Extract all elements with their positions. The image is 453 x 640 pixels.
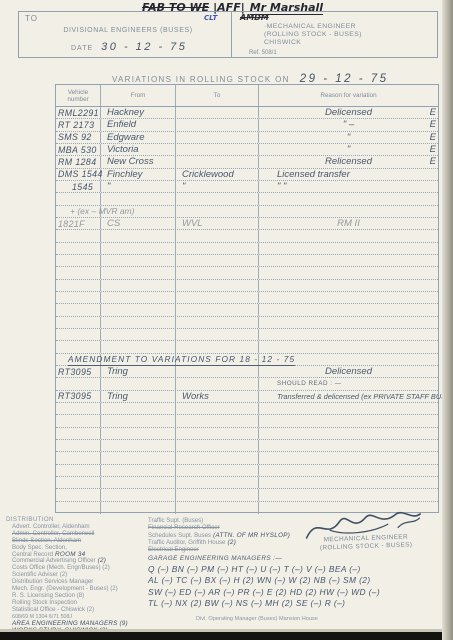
- table-row: 1821FCSWVLRM II: [56, 218, 438, 230]
- cell-vehicle: [56, 378, 101, 389]
- cell-reason: [259, 292, 438, 303]
- handwritten-note: (2): [225, 539, 236, 546]
- cell-vehicle: [56, 477, 101, 488]
- reason-text: ": [347, 132, 350, 143]
- header-box: TO DIVISIONAL ENGINEERS (BUSES) DATE30 -…: [18, 11, 438, 58]
- cell-reason: " ": [259, 181, 438, 192]
- sender-line-2: (ROLLING STOCK - BUSES): [264, 31, 362, 39]
- cell-to: [176, 243, 259, 254]
- handwritten-note: (ATTN. OF MR HYSLOP): [211, 532, 290, 539]
- variations-table: Vehicle number From To Reason for variat…: [55, 84, 439, 513]
- cell-from: [101, 477, 176, 488]
- column-header-vehicle: Vehicle number: [56, 85, 101, 106]
- table-row: SMS 92Edgware"E: [56, 132, 438, 144]
- cell-from: [101, 255, 176, 266]
- table-row: RML2291HackneyDelicensedE: [56, 107, 438, 119]
- cell-to: [176, 144, 259, 155]
- table-row: [56, 440, 438, 452]
- cell-reason: SHOULD READ : —: [259, 378, 438, 389]
- cell-to: [176, 156, 259, 167]
- table-body: RML2291HackneyDelicensedERT 2173Enfield"…: [56, 107, 438, 514]
- cell-to: [176, 341, 259, 352]
- table-row: RT 2173Enfield" –E: [56, 119, 438, 131]
- cell-reason: [259, 452, 438, 463]
- reason-flag: E: [430, 144, 436, 155]
- cell-to: [176, 477, 259, 488]
- table-row: SHOULD READ : —: [56, 378, 438, 390]
- cell-reason: [259, 428, 438, 439]
- table-row: [56, 292, 438, 304]
- list-item-text: Schedules Supt. Buses: [148, 532, 211, 539]
- scan-right-edge: [442, 0, 453, 640]
- table-row: [56, 329, 438, 341]
- cell-to: [176, 317, 259, 328]
- reason-text: RM II: [337, 218, 360, 229]
- amendment-heading: AMENDMENT TO VARIATIONS FOR 18 - 12 - 75: [68, 354, 295, 366]
- sender-line-3: CHISWICK: [264, 39, 362, 47]
- cell-from: [101, 304, 176, 315]
- cell-vehicle: RT3095: [56, 366, 101, 377]
- cell-to: [176, 366, 259, 377]
- distribution-list: DISTRIBUTION Advert. Controller, Aldenha…: [6, 517, 148, 634]
- date-label: DATE: [71, 45, 93, 52]
- cell-vehicle: [56, 415, 101, 426]
- table-row: [56, 477, 438, 489]
- cell-to: [176, 119, 259, 130]
- reason-text: Transferred & delicensed (ex PRIVATE STA…: [277, 392, 453, 401]
- cell-from: [101, 452, 176, 463]
- cell-vehicle: [56, 452, 101, 463]
- cell-vehicle: 1545: [56, 181, 101, 192]
- table-row: 1545""" ": [56, 181, 438, 193]
- table-row: [56, 452, 438, 464]
- cell-to: [176, 489, 259, 500]
- table-row: [56, 243, 438, 255]
- table-row: [56, 489, 438, 501]
- sender-block: ·MECHANICAL ENGINEER (ROLLING STOCK - BU…: [264, 23, 362, 48]
- cell-vehicle: [56, 243, 101, 254]
- date-value-handwritten: 30 - 12 - 75: [101, 41, 187, 53]
- reason-text: Relicensed: [325, 156, 372, 167]
- cell-reason: [259, 267, 438, 278]
- table-row: RM 1284New CrossRelicensedE: [56, 156, 438, 168]
- table-row: RT3095TringWorksTransferred & delicensed…: [56, 391, 438, 403]
- cell-vehicle: [56, 292, 101, 303]
- cell-reason: " –E: [259, 119, 438, 130]
- table-row: MBA 530Victoria"E: [56, 144, 438, 156]
- reason-text: Delicensed: [325, 366, 372, 377]
- table-row: [56, 230, 438, 242]
- table-row: [56, 280, 438, 292]
- cell-vehicle: [56, 341, 101, 352]
- reason-flag: E: [430, 119, 436, 130]
- cell-to: [176, 280, 259, 291]
- header-divider: [231, 12, 232, 57]
- list-item-text: Traffic Supt. (Buses): [148, 517, 203, 524]
- cell-to: [176, 329, 259, 340]
- cell-reason: Delicensed: [259, 366, 438, 377]
- garage-managers-heading: GARAGE ENGINEERING MANAGERS :—: [148, 555, 282, 562]
- cell-to: [176, 304, 259, 315]
- list-item-text: Electrical Engineer: [148, 546, 199, 553]
- cell-reason: RM II: [259, 218, 438, 229]
- cell-from: [101, 440, 176, 451]
- cell-to: [176, 403, 259, 414]
- form-title-printed: VARIATIONS IN ROLLING STOCK ON: [112, 75, 290, 84]
- table-row: [56, 304, 438, 316]
- cell-from: Finchley: [101, 169, 176, 180]
- cell-to: [176, 440, 259, 451]
- cell-reason: Licensed transfer: [259, 169, 438, 180]
- cell-reason: [259, 206, 438, 217]
- cell-vehicle: [56, 403, 101, 414]
- cell-from: Enfield: [101, 119, 176, 130]
- cell-to: [176, 267, 259, 278]
- cell-vehicle: [56, 304, 101, 315]
- cell-from: Tring: [101, 391, 176, 402]
- cell-from: ": [101, 181, 176, 192]
- cell-reason: [259, 304, 438, 315]
- table-row: [56, 428, 438, 440]
- table-row: [56, 415, 438, 427]
- cell-reason: DelicensedE: [259, 107, 438, 118]
- cell-vehicle: [56, 502, 101, 514]
- cell-to: [176, 452, 259, 463]
- cell-to: Works: [176, 391, 259, 402]
- cell-to: [176, 502, 259, 514]
- cell-reason: "E: [259, 144, 438, 155]
- cell-vehicle: RML2291: [56, 107, 101, 118]
- cell-reason: [259, 243, 438, 254]
- distribution-items: Advert. Controller, AldenhamAdmin. Contr…: [6, 524, 148, 635]
- cell-reason: [259, 329, 438, 340]
- cell-vehicle: [56, 280, 101, 291]
- garage-code-lines: Q (–) BN (–) PM (–) HT (–) U (–) T (–) V…: [148, 564, 450, 609]
- cell-to: [176, 465, 259, 476]
- reason-text: " ": [277, 181, 286, 192]
- reason-text: Delicensed: [325, 107, 372, 118]
- cell-reason: [259, 415, 438, 426]
- cell-to: ": [176, 181, 259, 192]
- cell-vehicle: [56, 267, 101, 278]
- cell-to: [176, 255, 259, 266]
- cell-from: [101, 280, 176, 291]
- cell-vehicle: SMS 92: [56, 132, 101, 143]
- cell-to: [176, 428, 259, 439]
- cell-reason: [259, 489, 438, 500]
- reason-text: SHOULD READ : —: [277, 380, 342, 387]
- garage-code-line: AL (–) TC (–) BX (–) H (2) WN (–) W (2) …: [148, 575, 450, 586]
- cell-to: WVL: [176, 218, 259, 229]
- cell-to: [176, 206, 259, 217]
- cell-from: [101, 329, 176, 340]
- cell-to: [176, 193, 259, 204]
- column-header-reason: Reason for variation: [259, 85, 438, 106]
- cell-vehicle: [56, 255, 101, 266]
- cell-reason: [259, 403, 438, 414]
- reason-text: Licensed transfer: [277, 169, 350, 180]
- footer-note: Divl. Operating Manager (Buses) Mansion …: [196, 616, 318, 622]
- cell-from: [101, 428, 176, 439]
- cell-from: [101, 465, 176, 476]
- list-item-text: Traffic Auditor, Griffith House: [148, 539, 225, 546]
- table-row: RT3095TringDelicensed: [56, 366, 438, 378]
- table-row: + (ex – MVR am): [56, 206, 438, 218]
- cell-from: [101, 341, 176, 352]
- cell-to: [176, 132, 259, 143]
- cell-from: [101, 502, 176, 514]
- traffic-item: Financial Research Officer: [148, 524, 323, 531]
- scanned-page: FAB TO WE|AFF|Mr Marshall CLT AMDM TO DI…: [0, 0, 453, 640]
- cell-vehicle: RT3095: [56, 391, 101, 402]
- pencil-note: + (ex – MVR am): [70, 206, 134, 216]
- cell-from: [101, 243, 176, 254]
- cell-vehicle: [56, 317, 101, 328]
- cell-reason: [259, 317, 438, 328]
- cell-vehicle: [56, 329, 101, 340]
- cell-from: Victoria: [101, 144, 176, 155]
- cell-reason: [259, 255, 438, 266]
- cell-vehicle: [56, 230, 101, 241]
- cell-vehicle: 1821F: [56, 218, 101, 229]
- cell-from: Edgware: [101, 132, 176, 143]
- cell-to: [176, 230, 259, 241]
- reason-text: ": [347, 144, 350, 155]
- cell-from: New Cross: [101, 156, 176, 167]
- cell-vehicle: [56, 440, 101, 451]
- cell-to: [176, 378, 259, 389]
- cell-from: [101, 267, 176, 278]
- traffic-item: Traffic Supt. (Buses): [148, 517, 323, 524]
- reason-flag: E: [430, 132, 436, 143]
- table-row: [56, 341, 438, 353]
- cell-reason: [259, 477, 438, 488]
- table-row: AMENDMENT TO VARIATIONS FOR 18 - 12 - 75: [56, 354, 438, 366]
- cell-to: [176, 415, 259, 426]
- table-row: [56, 193, 438, 205]
- table-row: [56, 317, 438, 329]
- cell-from: CS: [101, 218, 176, 229]
- cell-reason: RelicensedE: [259, 156, 438, 167]
- distribution-item: Statistical Office - Chiswick (2): [12, 607, 148, 614]
- cell-from: [101, 317, 176, 328]
- cell-vehicle: [56, 465, 101, 476]
- cell-from: [101, 403, 176, 414]
- column-header-to: To: [176, 85, 259, 106]
- cell-vehicle: [56, 193, 101, 204]
- cell-reason: [259, 465, 438, 476]
- cell-to: [176, 292, 259, 303]
- cell-reason: [259, 280, 438, 291]
- reason-text: " –: [343, 119, 354, 130]
- column-header-from: From: [101, 85, 176, 106]
- reason-flag: E: [430, 107, 436, 118]
- list-item-text: Financial Research Officer: [148, 524, 220, 531]
- table-row: [56, 255, 438, 267]
- to-label: TO: [25, 14, 38, 23]
- list-item-text: Statistical Office - Chiswick (2): [12, 606, 94, 613]
- cell-from: [101, 415, 176, 426]
- table-row: DMS 1544FinchleyCricklewoodLicensed tran…: [56, 169, 438, 181]
- cell-reason: [259, 440, 438, 451]
- cell-reason: [259, 341, 438, 352]
- cell-vehicle: RT 2173: [56, 119, 101, 130]
- table-row: [56, 267, 438, 279]
- cell-from: [101, 489, 176, 500]
- cell-vehicle: MBA 530: [56, 144, 101, 155]
- cell-reason: "E: [259, 132, 438, 143]
- table-row: [56, 403, 438, 415]
- cell-from: [101, 230, 176, 241]
- cell-vehicle: [56, 428, 101, 439]
- cell-reason: [259, 193, 438, 204]
- sender-line-1: ·MECHANICAL ENGINEER: [264, 23, 362, 31]
- reference-number: Ref. 508/1: [249, 50, 277, 56]
- cell-vehicle: [56, 489, 101, 500]
- cell-to: Cricklewood: [176, 169, 259, 180]
- cell-reason: [259, 230, 438, 241]
- cell-from: [101, 378, 176, 389]
- scan-bottom-edge: [0, 632, 453, 640]
- cell-from: [101, 292, 176, 303]
- cell-from: Hackney: [101, 107, 176, 118]
- cell-to: [176, 107, 259, 118]
- table-header-row: Vehicle number From To Reason for variat…: [56, 85, 438, 107]
- addressee: DIVISIONAL ENGINEERS (BUSES): [43, 27, 213, 34]
- cell-reason: Transferred & delicensed (ex PRIVATE STA…: [259, 391, 438, 402]
- cell-from: Tring: [101, 366, 176, 377]
- date-line: DATE30 - 12 - 75: [71, 41, 187, 53]
- garage-code-line: TL (–) NX (2) BW (–) NS (–) MH (2) SE (–…: [148, 598, 450, 609]
- cell-from: [101, 193, 176, 204]
- cell-vehicle: DMS 1544: [56, 169, 101, 180]
- garage-code-line: SW (–) ED (–) AR (–) PR (–) E (2) HD (2)…: [148, 587, 450, 598]
- table-row: [56, 465, 438, 477]
- cell-vehicle: RM 1284: [56, 156, 101, 167]
- garage-code-line: Q (–) BN (–) PM (–) HT (–) U (–) T (–) V…: [148, 564, 450, 575]
- reason-flag: E: [430, 156, 436, 167]
